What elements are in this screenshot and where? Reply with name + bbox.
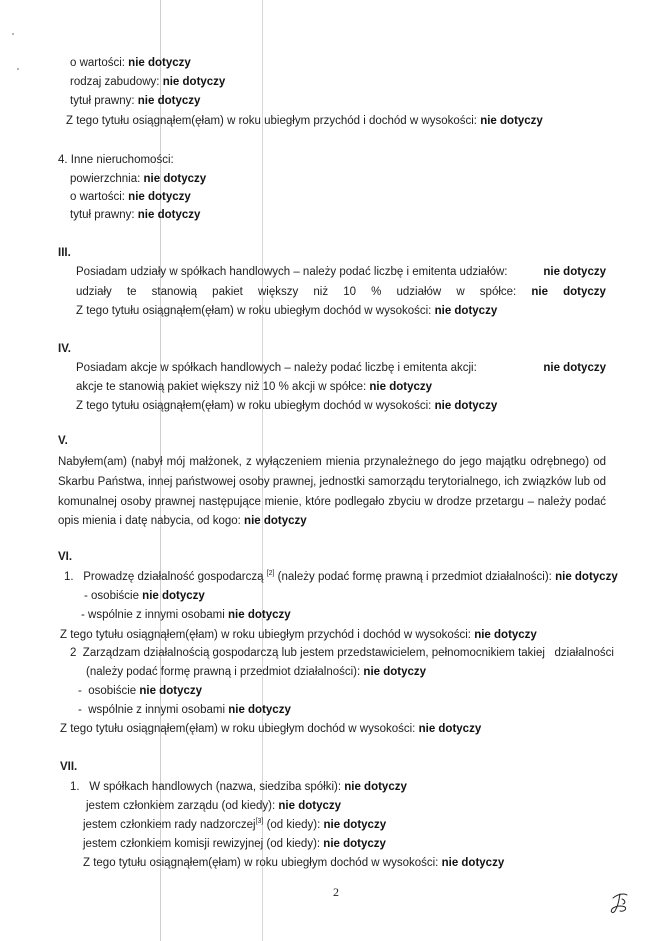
- section-heading: III.: [58, 246, 71, 260]
- acquisition-text: Nabyłem(am) (nabył mój małżonek, z wyłąc…: [58, 455, 606, 469]
- field-osobiscie: - osobiście nie dotyczy: [78, 684, 202, 698]
- shares-statement: Posiadam udziały w spółkach handlowych –…: [76, 265, 606, 279]
- income-statement: Z tego tytułu osiągnąłem(ęłam) w roku ub…: [76, 304, 497, 318]
- word: większy: [258, 285, 298, 299]
- field-wartosc: o wartości: nie dotyczy: [70, 190, 191, 204]
- word: %: [371, 285, 381, 299]
- stocks-percentage-statement: akcje te stanowią pakiet większy niż 10 …: [76, 380, 432, 394]
- field-osobiscie: - osobiście nie dotyczy: [84, 589, 205, 603]
- word: 10: [343, 285, 356, 299]
- acquisition-text: Skarbu Państwa, innej państwowej osoby p…: [58, 475, 606, 489]
- word: pakiet: [212, 285, 243, 299]
- section-heading: IV.: [58, 342, 71, 356]
- field-tytul-prawny: tytuł prawny: nie dotyczy: [70, 208, 200, 222]
- business-management-item: 2 Zarządzam działalnością gospodarczą lu…: [70, 646, 614, 660]
- word: spółce:: [480, 285, 516, 299]
- item-4-title: 4. Inne nieruchomości:: [58, 153, 174, 167]
- business-activity-item: 1. Prowadzę działalność gospodarczą [2] …: [64, 570, 618, 584]
- income-statement: Z tego tytułu osiągnąłem(ęłam) w roku ub…: [76, 399, 497, 413]
- shares-percentage-statement: udziałytestanowiąpakietwiększyniż10%udzi…: [76, 285, 606, 299]
- section-heading: VI.: [58, 550, 72, 564]
- field-zarzad: jestem członkiem zarządu (od kiedy): nie…: [86, 799, 341, 813]
- business-management-item: (należy podać formę prawną i przedmiot d…: [86, 665, 426, 679]
- income-statement: Z tego tytułu osiągnąłem(ęłam) w roku ub…: [60, 722, 481, 736]
- word: niż: [313, 285, 328, 299]
- word: w: [456, 285, 464, 299]
- scan-speck: [12, 33, 14, 35]
- income-statement: Z tego tytułu osiągnąłem(ęłam) w roku ub…: [66, 114, 543, 128]
- field-wartosc: o wartości: nie dotyczy: [70, 56, 191, 70]
- word: stanowią: [152, 285, 197, 299]
- field-wspolnie: - wspólnie z innymi osobami nie dotyczy: [81, 608, 291, 622]
- scan-speck: [17, 68, 19, 70]
- companies-item: 1. W spółkach handlowych (nazwa, siedzib…: [70, 780, 407, 794]
- stocks-statement: Posiadam akcje w spółkach handlowych – n…: [76, 361, 606, 375]
- income-statement: Z tego tytułu osiągnąłem(ęłam) w roku ub…: [60, 628, 537, 642]
- field-powierzchnia: powierzchnia: nie dotyczy: [70, 172, 206, 186]
- signature-initials-icon: [608, 890, 632, 916]
- not-applicable-value: nie: [531, 285, 548, 299]
- income-statement: Z tego tytułu osiągnąłem(ęłam) w roku ub…: [83, 856, 504, 870]
- field-wspolnie: - wspólnie z innymi osobami nie dotyczy: [78, 703, 291, 717]
- word: udziałów: [396, 285, 441, 299]
- field-tytul-prawny: tytuł prawny: nie dotyczy: [70, 94, 200, 108]
- acquisition-text: opis mienia i datę nabycia, od kogo: nie…: [58, 514, 307, 528]
- section-heading: VII.: [60, 760, 77, 774]
- field-komisja-rewizyjna: jestem członkiem komisji rewizyjnej (od …: [83, 837, 386, 851]
- word: te: [127, 285, 137, 299]
- not-applicable-value: dotyczy: [563, 285, 606, 299]
- field-rodzaj-zabudowy: rodzaj zabudowy: nie dotyczy: [70, 75, 225, 89]
- field-rada-nadzorcza: jestem członkiem rady nadzorczej[3] (od …: [83, 818, 386, 832]
- word: udziały: [76, 285, 112, 299]
- page-number: 2: [333, 885, 339, 900]
- acquisition-text: komunalnej osoby prawnej następujące mie…: [58, 495, 606, 509]
- section-heading: V.: [58, 434, 68, 448]
